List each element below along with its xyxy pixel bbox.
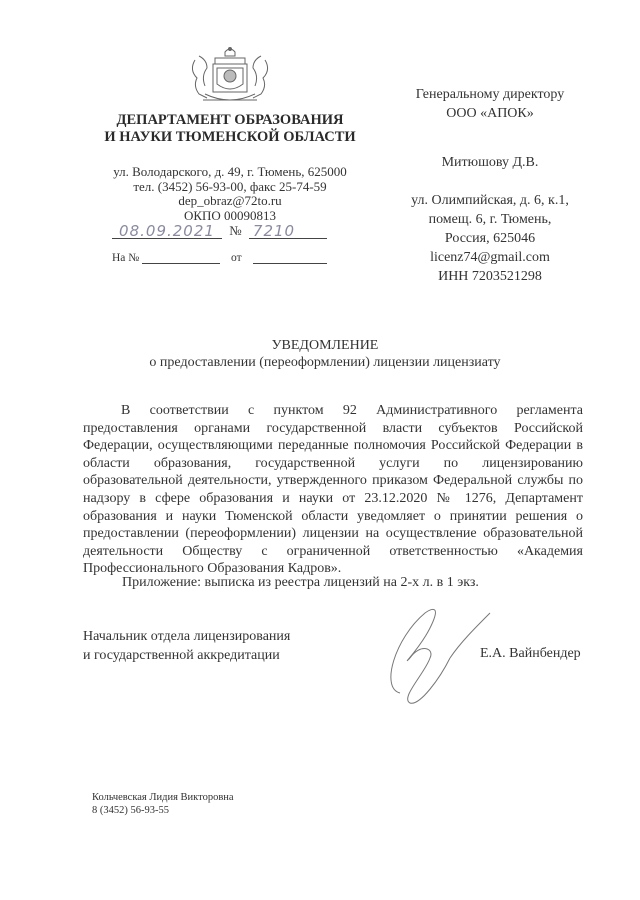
document-subtitle: о предоставлении (переоформлении) лиценз…	[100, 354, 550, 371]
handwritten-signature-icon	[340, 598, 500, 708]
body-paragraph: В соответствии с пунктом 92 Администрати…	[83, 402, 583, 578]
reply-to-label: На №	[112, 252, 139, 264]
outgoing-number: 7210	[253, 222, 295, 240]
recipient-email: licenz74@gmail.com	[380, 248, 600, 267]
sender-email: dep_obraz@72to.ru	[100, 194, 360, 209]
executor-name: Кольчевская Лидия Викторовна	[92, 792, 234, 805]
executor-block: Кольчевская Лидия Викторовна 8 (3452) 56…	[92, 792, 234, 817]
signatory-position: Начальник отдела лицензирования и госуда…	[83, 627, 290, 665]
recipient-block: Генеральному директору ООО «АПОК» Митюшо…	[380, 85, 600, 286]
outgoing-date: 08.09.2021	[119, 222, 215, 240]
sender-department: ДЕПАРТАМЕНТ ОБРАЗОВАНИЯ И НАУКИ ТЮМЕНСКО…	[100, 112, 360, 146]
sender-okpo: ОКПО 00090813	[100, 209, 360, 224]
recipient-position: Генеральному директору	[380, 85, 600, 104]
reply-number-blank	[142, 253, 220, 264]
document-body: В соответствии с пунктом 92 Администрати…	[83, 402, 583, 578]
recipient-inn: ИНН 7203521298	[380, 267, 600, 286]
sender-phone-fax: тел. (3452) 56-93-00, факс 25-74-59	[100, 180, 360, 195]
signatory-name: Е.А. Вайнбендер	[480, 646, 581, 662]
reply-date-blank	[253, 253, 327, 264]
sender-contacts: ул. Володарского, д. 49, г. Тюмень, 6250…	[100, 165, 360, 223]
outgoing-registration: 08.09.2021 № 7210	[112, 222, 332, 240]
document-title: УВЕДОМЛЕНИЕ	[100, 337, 550, 354]
recipient-address-line3: Россия, 625046	[380, 229, 600, 248]
reply-reference: На № от	[112, 252, 332, 264]
executor-phone: 8 (3452) 56-93-55	[92, 805, 234, 818]
attachment-note: Приложение: выписка из реестра лицензий …	[122, 575, 479, 591]
department-line1: ДЕПАРТАМЕНТ ОБРАЗОВАНИЯ	[100, 112, 360, 129]
signatory-position-line1: Начальник отдела лицензирования	[83, 627, 290, 646]
recipient-name: Митюшову Д.В.	[380, 153, 600, 172]
document-heading: УВЕДОМЛЕНИЕ о предоставлении (переоформл…	[100, 337, 550, 371]
coat-of-arms-icon	[175, 44, 285, 110]
recipient-address-line2: помещ. 6, г. Тюмень,	[380, 210, 600, 229]
sender-address: ул. Володарского, д. 49, г. Тюмень, 6250…	[100, 165, 360, 180]
department-line2: И НАУКИ ТЮМЕНСКОЙ ОБЛАСТИ	[100, 129, 360, 146]
reply-from-label: от	[231, 252, 242, 264]
recipient-address-line1: ул. Олимпийская, д. 6, к.1,	[380, 191, 600, 210]
recipient-organization: ООО «АПОК»	[380, 104, 600, 123]
signatory-position-line2: и государственной аккредитации	[83, 646, 290, 665]
number-sign: №	[229, 223, 241, 238]
